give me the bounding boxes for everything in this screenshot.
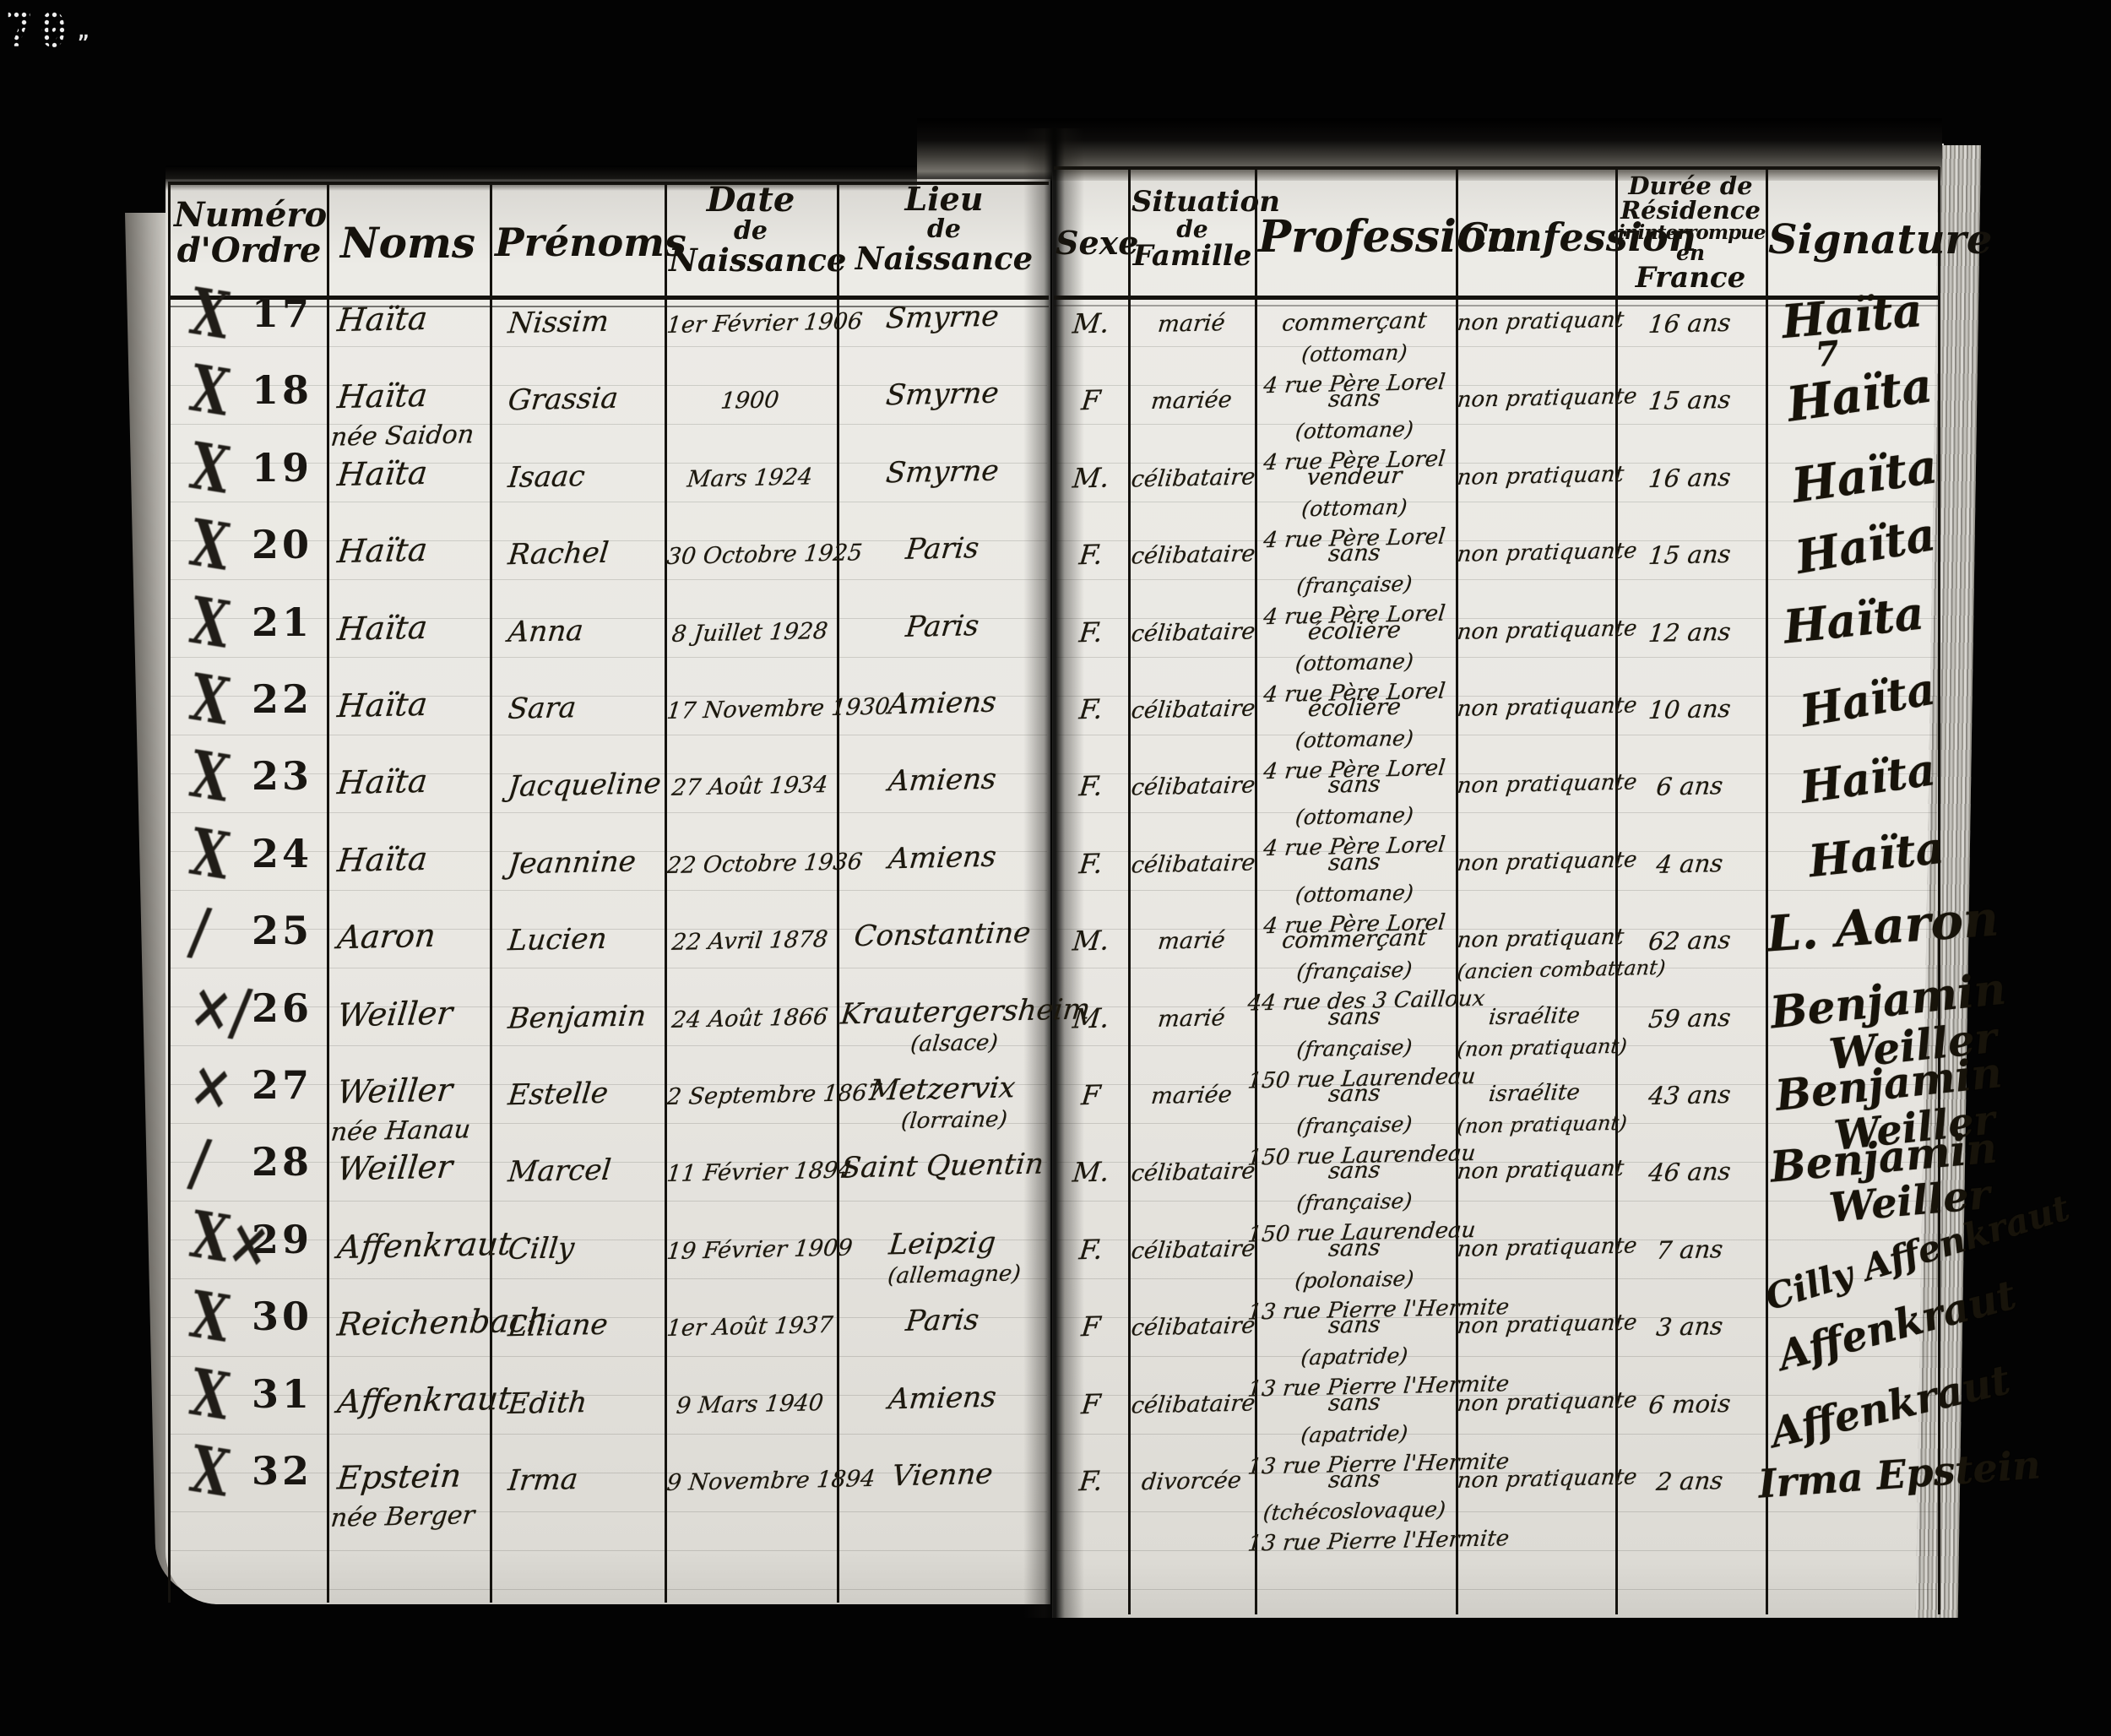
confession: non pratiquant — [1456, 925, 1612, 953]
header-date-line3: Naissance — [669, 244, 833, 276]
given-name: Cilly — [507, 1231, 576, 1267]
confession: non pratiquante — [1456, 848, 1612, 876]
profession: sans — [1256, 848, 1452, 878]
header-lieu-line3: Naissance — [844, 242, 1044, 274]
surname: Haïta — [336, 454, 430, 493]
residence-duration: 62 ans — [1616, 925, 1763, 957]
signature-line2: 7 — [1814, 334, 1841, 375]
confession: israélite — [1456, 1079, 1612, 1108]
birth-date: 2 Septembre 1867 — [665, 1081, 834, 1110]
order-number: 20 — [247, 522, 317, 567]
family-status: célibataire — [1130, 541, 1252, 570]
given-name: Sara — [507, 691, 578, 726]
header-date-line2: de — [669, 218, 833, 244]
surname: Weiller — [336, 995, 454, 1034]
profession: sans — [1256, 539, 1452, 569]
ledger-line — [171, 346, 1047, 347]
profession: sans — [1256, 1465, 1452, 1495]
family-status: célibataire — [1130, 1158, 1252, 1187]
confession-note: (ancien combattant) — [1456, 957, 1612, 984]
row-marker: ×∕ — [186, 968, 256, 1050]
profession: sans — [1256, 1310, 1452, 1341]
confession: non pratiquante — [1456, 539, 1612, 567]
birth-date: 1er Août 1937 — [665, 1312, 834, 1342]
surname: Haïta — [336, 609, 430, 648]
residence-duration: 10 ans — [1616, 693, 1763, 725]
header-confession: Confession — [1457, 218, 1613, 258]
family-status: célibataire — [1130, 619, 1252, 648]
header-noms: Noms — [332, 221, 484, 265]
header-lieu-line1: Lieu — [844, 182, 1044, 216]
birth-place: Metzervix — [839, 1070, 1046, 1108]
birth-place: Vienne — [839, 1456, 1046, 1494]
nationality-note: (ottomane) — [1256, 725, 1452, 754]
confession: non pratiquante — [1456, 1310, 1612, 1339]
sex: F. — [1055, 1464, 1126, 1498]
nationality-note: (ottomane) — [1256, 416, 1452, 445]
header-duree-line2: Résidence — [1618, 198, 1763, 223]
sex: M. — [1055, 461, 1126, 495]
birth-place: Amiens — [839, 838, 1046, 876]
family-status: célibataire — [1130, 464, 1252, 493]
header-duree-residence: Durée de Résidence ininterrompue en Fran… — [1618, 174, 1763, 292]
profession: écolière — [1256, 616, 1452, 647]
residence-duration: 15 ans — [1616, 384, 1763, 416]
profession: sans — [1256, 1234, 1452, 1264]
family-status: célibataire — [1130, 850, 1252, 879]
header-sexe: Sexe — [1055, 226, 1126, 260]
birth-place: Paris — [839, 1301, 1046, 1339]
order-number: 21 — [247, 599, 317, 645]
sex: M. — [1055, 1001, 1126, 1035]
residence-duration: 12 ans — [1616, 616, 1763, 648]
order-number: 30 — [247, 1294, 317, 1339]
ledger-line — [171, 1550, 1047, 1551]
surname: Haïta — [336, 531, 430, 570]
order-number: 27 — [247, 1062, 317, 1108]
birth-place: Constantine — [839, 915, 1046, 953]
order-number: 17 — [247, 290, 317, 336]
confession: non pratiquant — [1456, 1156, 1612, 1185]
nationality-note: (polonaise) — [1256, 1266, 1452, 1294]
birth-date: 19 Février 1909 — [665, 1235, 834, 1265]
residence-duration: 4 ans — [1616, 848, 1763, 880]
nationality-note: (ottomane) — [1256, 880, 1452, 909]
given-name: Anna — [507, 614, 585, 649]
sex: F — [1055, 1387, 1126, 1421]
birth-place: Smyrne — [839, 453, 1046, 491]
confession: non pratiquant — [1456, 307, 1612, 336]
birth-place: Krautergersheim — [839, 993, 1046, 1031]
residence-duration: 2 ans — [1616, 1465, 1763, 1497]
ledger-line — [1055, 890, 1937, 891]
ledger-line — [171, 579, 1047, 580]
ledger-line — [171, 1434, 1047, 1435]
header-numero-line2: d'Ordre — [174, 233, 324, 269]
confession: non pratiquante — [1456, 693, 1612, 722]
given-name: Marcel — [507, 1153, 613, 1190]
profession: commerçant — [1256, 925, 1452, 955]
surname: Affenkraut — [336, 1380, 513, 1420]
birth-place: Paris — [839, 529, 1046, 567]
residence-duration: 15 ans — [1616, 539, 1763, 571]
surname: Haïta — [336, 300, 430, 339]
header-situation: Situation de Famille — [1131, 187, 1253, 272]
nationality-note: (française) — [1256, 957, 1452, 985]
nationality-note: (ottoman) — [1256, 339, 1452, 368]
surname: Haïta — [336, 686, 430, 724]
sex: F — [1055, 383, 1126, 417]
header-numero-line1: Numéro — [174, 198, 324, 233]
given-name: Edith — [507, 1386, 589, 1421]
header-situation-line2: de — [1131, 217, 1253, 241]
maiden-name: née Berger — [329, 1500, 476, 1533]
given-name: Jeannine — [507, 844, 638, 881]
family-status: célibataire — [1130, 1313, 1252, 1342]
birth-date: 9 Novembre 1894 — [665, 1467, 834, 1496]
surname: Haïta — [336, 762, 430, 801]
profession: sans — [1256, 1079, 1452, 1109]
birth-place: Amiens — [839, 684, 1046, 722]
given-name: Benjamin — [507, 999, 648, 1035]
nationality-note: (ottomane) — [1256, 802, 1452, 831]
sex: M. — [1055, 307, 1126, 340]
profession: sans — [1256, 1388, 1452, 1419]
ledger-line — [171, 1201, 1047, 1202]
given-name: Grassia — [507, 382, 620, 418]
sex: F. — [1055, 769, 1126, 803]
ledger-line — [171, 968, 1047, 968]
frame-tick: „ — [78, 22, 89, 43]
given-name: Lucien — [507, 922, 609, 958]
frame-number: 70 — [5, 3, 72, 58]
birth-place: Leipzig — [839, 1224, 1046, 1262]
header-numero: Numéro d'Ordre — [174, 198, 324, 268]
nationality-note: (française) — [1256, 571, 1452, 599]
order-number: 19 — [247, 445, 317, 491]
birth-place: Smyrne — [839, 298, 1046, 336]
profession: sans — [1256, 770, 1452, 800]
given-name: Jacqueline — [507, 767, 663, 804]
residence-duration: 3 ans — [1616, 1310, 1763, 1343]
ledger-line — [171, 502, 1047, 502]
birth-date: 27 Août 1934 — [665, 772, 834, 801]
header-situation-line1: Situation — [1131, 187, 1253, 217]
residence-duration: 7 ans — [1616, 1234, 1763, 1266]
confession: non pratiquante — [1456, 770, 1612, 799]
birth-place-note: (alsace) — [851, 1028, 1057, 1058]
profession: vendeur — [1256, 462, 1452, 492]
birth-place: Amiens — [839, 1379, 1046, 1417]
ledger-line — [171, 1356, 1047, 1357]
order-number: 25 — [247, 908, 317, 953]
header-lieu-naissance: Lieu de Naissance — [844, 182, 1044, 274]
family-status: mariée — [1130, 387, 1252, 415]
header-duree-line5: France — [1618, 263, 1763, 292]
residence-duration: 6 mois — [1616, 1388, 1763, 1420]
given-name: Irma — [507, 1462, 579, 1498]
nationality-note: (ottomane) — [1256, 648, 1452, 677]
profession: sans — [1256, 384, 1452, 415]
order-number: 32 — [247, 1448, 317, 1494]
confession-note: (non pratiquant) — [1456, 1034, 1612, 1061]
nationality-note: (française) — [1256, 1111, 1452, 1140]
confession: israélite — [1456, 1002, 1612, 1031]
surname: Haïta — [336, 840, 430, 879]
confession: non pratiquante — [1456, 1465, 1612, 1494]
birth-date: 1er Février 1906 — [665, 309, 834, 339]
family-status: célibataire — [1130, 1236, 1252, 1265]
header-profession: Profession — [1258, 214, 1452, 260]
ledger-line — [1055, 1201, 1937, 1202]
header-date-line1: Date — [669, 182, 833, 218]
order-number: 31 — [247, 1371, 317, 1417]
birth-place: Amiens — [839, 761, 1046, 799]
birth-date: 8 Juillet 1928 — [665, 618, 834, 648]
sex: F. — [1055, 616, 1126, 649]
header-prenoms: Prénoms — [495, 223, 660, 263]
column-rule — [837, 182, 839, 1603]
surname: Weiller — [336, 1071, 454, 1111]
nationality-note: (ottoman) — [1256, 494, 1452, 523]
sex: M. — [1055, 1155, 1126, 1189]
birth-date: Mars 1924 — [665, 464, 834, 493]
header-duree-line1: Durée de — [1618, 174, 1763, 198]
residence-duration: 16 ans — [1616, 462, 1763, 494]
header-date-naissance: Date de Naissance — [669, 182, 833, 276]
surname: Epstein — [336, 1457, 464, 1496]
given-name: Estelle — [507, 1077, 610, 1112]
ledger-line — [171, 1589, 1047, 1590]
sex: F. — [1055, 847, 1126, 881]
ledger-line — [171, 657, 1047, 658]
family-status: célibataire — [1130, 1391, 1252, 1419]
order-number: 24 — [247, 831, 317, 876]
family-status: mariée — [1130, 1082, 1252, 1110]
birth-place-note: (lorraine) — [851, 1105, 1057, 1135]
nationality-note: (tchécoslovaque) — [1256, 1497, 1452, 1526]
profession: sans — [1256, 1002, 1452, 1033]
birth-date: 17 Novembre 1930 — [665, 695, 834, 724]
confession: non pratiquante — [1456, 1388, 1612, 1417]
birth-date: 24 Août 1866 — [665, 1004, 834, 1033]
residence-duration: 43 ans — [1616, 1079, 1763, 1111]
ledger-line — [171, 735, 1047, 735]
order-number: 29 — [247, 1217, 317, 1262]
given-name: Rachel — [507, 536, 611, 572]
column-rule — [327, 182, 329, 1603]
order-number: 26 — [247, 985, 317, 1031]
family-status: célibataire — [1130, 773, 1252, 801]
family-status: divorcée — [1130, 1467, 1252, 1496]
ledger-line — [1055, 657, 1937, 658]
header-signature: Signature — [1768, 220, 1942, 262]
confession: non pratiquante — [1456, 616, 1612, 645]
birth-place: Smyrne — [839, 375, 1046, 413]
confession-note: (non pratiquant) — [1456, 1111, 1612, 1138]
given-name: Isaac — [507, 459, 587, 495]
profession: commerçant — [1256, 307, 1452, 338]
sex: F. — [1055, 538, 1126, 572]
family-status: marié — [1130, 927, 1252, 956]
sex: M. — [1055, 924, 1126, 958]
nationality-note: (française) — [1256, 1188, 1452, 1217]
family-status: célibataire — [1130, 696, 1252, 724]
residence-duration: 59 ans — [1616, 1002, 1763, 1034]
surname: Weiller — [336, 1148, 454, 1188]
sex: F — [1055, 1078, 1126, 1112]
birth-date: 30 Octobre 1925 — [665, 540, 834, 570]
column-rule — [1054, 166, 1940, 170]
scanned-register-page: 70 „ Numéro d'Ordre Noms Prénoms Date de… — [0, 0, 2111, 1736]
nationality-note: (apatride) — [1256, 1343, 1452, 1371]
ledger-line — [171, 1511, 1047, 1512]
sex: F. — [1055, 692, 1126, 726]
birth-date: 9 Mars 1940 — [665, 1390, 834, 1419]
birth-date: 22 Avril 1878 — [665, 926, 834, 956]
address: 13 rue Pierre l'Hermite — [1246, 1527, 1463, 1556]
order-number: 23 — [247, 753, 317, 799]
sex: F — [1055, 1310, 1126, 1343]
birth-place-note: (allemagne) — [851, 1260, 1057, 1289]
surname: Affenkraut — [336, 1225, 513, 1266]
order-number: 18 — [247, 367, 317, 413]
surname: Aaron — [336, 917, 437, 956]
birth-place: Saint Quentin — [839, 1147, 1046, 1185]
ledger-line — [1055, 1511, 1937, 1512]
column-rule — [168, 182, 171, 1603]
confession: non pratiquante — [1456, 384, 1612, 413]
ledger-line — [171, 424, 1047, 425]
ledger-line — [171, 890, 1047, 891]
header-lieu-line2: de — [844, 216, 1044, 242]
order-number: 28 — [247, 1139, 317, 1185]
ledger-line — [1055, 1589, 1937, 1590]
residence-duration: 6 ans — [1616, 770, 1763, 802]
nationality-note: (apatride) — [1256, 1420, 1452, 1449]
birth-place: Paris — [839, 607, 1046, 645]
birth-date: 11 Février 1894 — [665, 1158, 834, 1187]
given-name: Liliane — [507, 1308, 610, 1343]
confession: non pratiquante — [1456, 1234, 1612, 1262]
residence-duration: 46 ans — [1616, 1156, 1763, 1188]
nationality-note: (française) — [1256, 1034, 1452, 1063]
family-status: marié — [1130, 310, 1252, 339]
maiden-name: née Saidon — [329, 420, 475, 453]
family-status: marié — [1130, 1005, 1252, 1033]
profession: écolière — [1256, 693, 1452, 724]
ledger-line — [171, 812, 1047, 813]
confession: non pratiquant — [1456, 462, 1612, 491]
sex: F. — [1055, 1233, 1126, 1267]
birth-date: 1900 — [665, 386, 834, 415]
residence-duration: 16 ans — [1616, 307, 1763, 339]
header-duree-line3: ininterrompue — [1618, 223, 1763, 242]
profession: sans — [1256, 1156, 1452, 1186]
birth-date: 22 Octobre 1936 — [665, 849, 834, 879]
given-name: Nissim — [507, 305, 611, 340]
surname: Haïta — [336, 377, 430, 415]
header-situation-line3: Famille — [1131, 241, 1253, 271]
maiden-name: née Hanau — [329, 1115, 472, 1147]
order-number: 22 — [247, 676, 317, 722]
